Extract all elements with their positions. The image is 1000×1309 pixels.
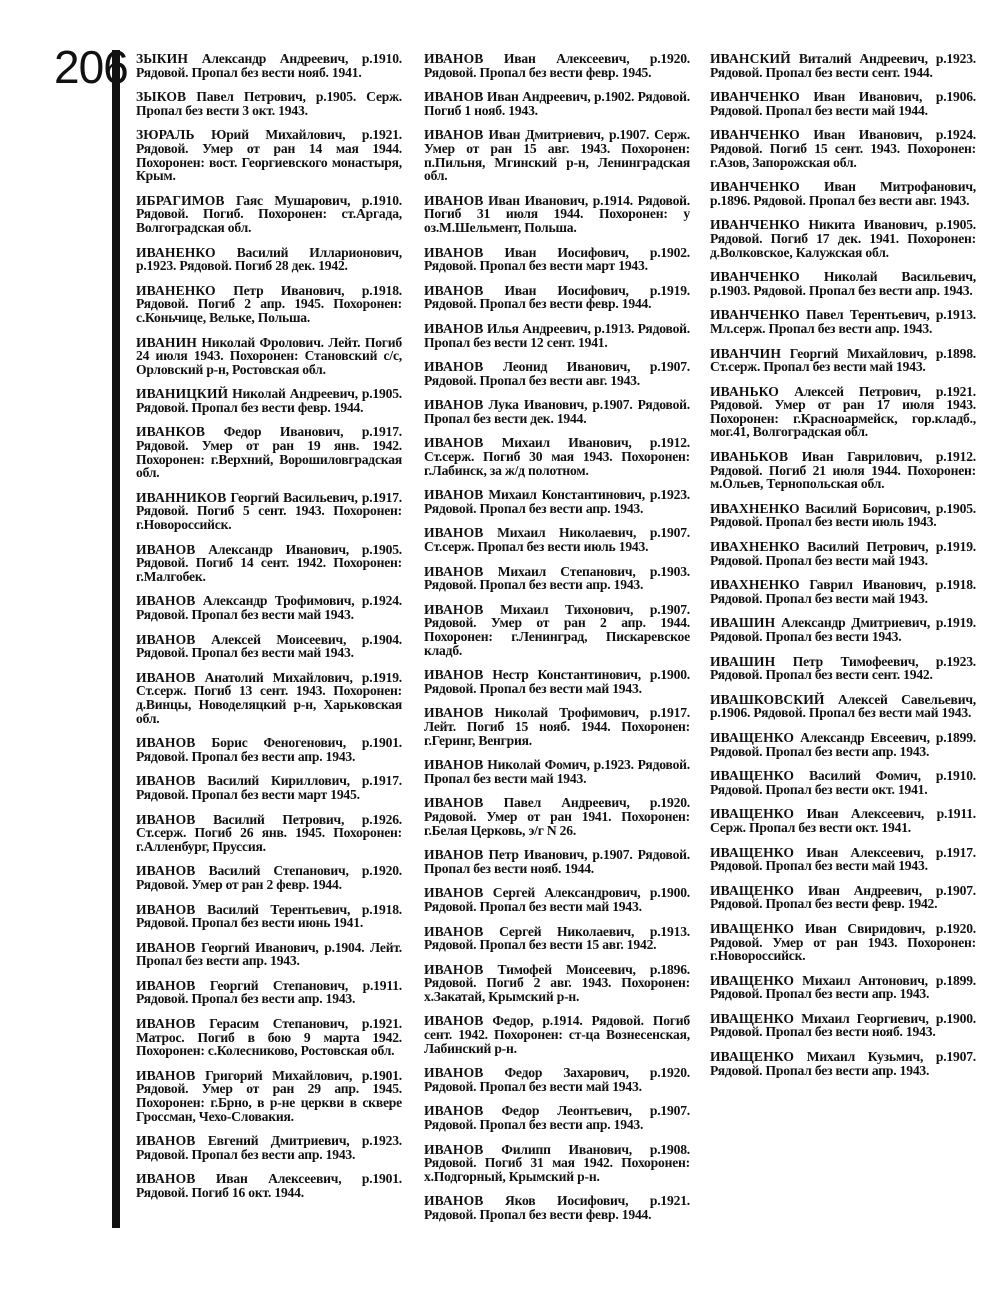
memorial-entry: ИВАНОВ Филипп Иванович, р.1908. Рядовой.… bbox=[424, 1143, 690, 1184]
memorial-entry: ИВАНСКИЙ Виталий Андреевич, р.1923. Рядо… bbox=[710, 52, 976, 79]
memorial-entry: ИВАНЧЕНКО Павел Терентьевич, р.1913. Мл.… bbox=[710, 308, 976, 335]
memorial-entry: ИВАНОВ Георгий Иванович, р.1904. Лейт. П… bbox=[136, 941, 402, 968]
memorial-entry: ЗЫКИН Александр Андреевич, р.1910. Рядов… bbox=[136, 52, 402, 79]
memorial-entry: ИВАНОВ Иван Иосифович, р.1919. Рядовой. … bbox=[424, 284, 690, 311]
memorial-entry: ИВАНОВ Илья Андреевич, р.1913. Рядовой. … bbox=[424, 322, 690, 349]
memorial-entry: ИВАНОВ Анатолий Михайлович, р.1919. Ст.с… bbox=[136, 671, 402, 725]
margin-bar bbox=[112, 50, 120, 1228]
memorial-entry: ИВАНКОВ Федор Иванович, р.1917. Рядовой.… bbox=[136, 425, 402, 479]
memorial-entry: ИВАЩЕНКО Михаил Антонович, р.1899. Рядов… bbox=[710, 974, 976, 1001]
column-3: ИВАНСКИЙ Виталий Андреевич, р.1923. Рядо… bbox=[710, 52, 976, 1233]
memorial-entry: ИВАНЧИН Георгий Михайлович, р.1898. Ст.с… bbox=[710, 347, 976, 374]
memorial-entry: ИВАНИЦКИЙ Николай Андреевич, р.1905. Ряд… bbox=[136, 387, 402, 414]
memorial-entry: ИВАНОВ Яков Иосифович, р.1921. Рядовой. … bbox=[424, 1194, 690, 1221]
memorial-entry: ИВАЩЕНКО Иван Алексеевич, р.1917. Рядово… bbox=[710, 846, 976, 873]
memorial-entry: ИВАНЬКОВ Иван Гаврилович, р.1912. Рядово… bbox=[710, 450, 976, 491]
memorial-entry: ИВАНОВ Александр Иванович, р.1905. Рядов… bbox=[136, 543, 402, 584]
memorial-entry: ИВАХНЕНКО Василий Борисович, р.1905. Ряд… bbox=[710, 502, 976, 529]
memorial-entry: ИВАНОВ Михаил Тихонович, р.1907. Рядовой… bbox=[424, 603, 690, 657]
memorial-entry: ИВАНОВ Сергей Александрович, р.1900. Ряд… bbox=[424, 886, 690, 913]
memorial-entry: ИВАНОВ Михаил Степанович, р.1903. Рядово… bbox=[424, 565, 690, 592]
memorial-entry: ИВАЩЕНКО Александр Евсеевич, р.1899. Ряд… bbox=[710, 731, 976, 758]
memorial-entry: ИВАНОВ Георгий Степанович, р.1911. Рядов… bbox=[136, 979, 402, 1006]
memorial-entry: ИВАНЕНКО Василий Илларионович, р.1923. Р… bbox=[136, 246, 402, 273]
memorial-entry: ИВАНЬКО Алексей Петрович, р.1921. Рядово… bbox=[710, 385, 976, 439]
memorial-entry: ИВАНОВ Иван Алексеевич, р.1901. Рядовой.… bbox=[136, 1172, 402, 1199]
memorial-entry: ИВАШИН Александр Дмитриевич, р.1919. Ряд… bbox=[710, 616, 976, 643]
memorial-entry: ИВАНЕНКО Петр Иванович, р.1918. Рядовой.… bbox=[136, 284, 402, 325]
memorial-entry: ИВАЩЕНКО Иван Андреевич, р.1907. Рядовой… bbox=[710, 884, 976, 911]
memorial-entry: ИВАНОВ Иван Иосифович, р.1902. Рядовой. … bbox=[424, 246, 690, 273]
memorial-entry: ИВАЩЕНКО Михаил Георгиевич, р.1900. Рядо… bbox=[710, 1012, 976, 1039]
memorial-entry: ИВАНОВ Иван Андреевич, р.1902. Рядовой. … bbox=[424, 90, 690, 117]
memorial-entry: ИВАНОВ Федор Леонтьевич, р.1907. Рядовой… bbox=[424, 1104, 690, 1131]
memorial-entry: ИВАХНЕНКО Гаврил Иванович, р.1918. Рядов… bbox=[710, 578, 976, 605]
memorial-entry: ИВАЩЕНКО Василий Фомич, р.1910. Рядовой.… bbox=[710, 769, 976, 796]
memorial-entry: ИВАНОВ Николай Трофимович, р.1917. Лейт.… bbox=[424, 706, 690, 747]
memorial-entry: ИВАШИН Петр Тимофеевич, р.1923. Рядовой.… bbox=[710, 655, 976, 682]
memorial-entry: ИВАНОВ Василий Кириллович, р.1917. Рядов… bbox=[136, 774, 402, 801]
memorial-entry: ИВАШКОВСКИЙ Алексей Савельевич, р.1906. … bbox=[710, 693, 976, 720]
memorial-entry: ИВАНОВ Федор, р.1914. Рядовой. Погиб сен… bbox=[424, 1014, 690, 1055]
memorial-entry: ИВАНЧЕНКО Николай Васильевич, р.1903. Ря… bbox=[710, 270, 976, 297]
memorial-entry: ИВАНОВ Иван Алексеевич, р.1920. Рядовой.… bbox=[424, 52, 690, 79]
memorial-entry: ИВАХНЕНКО Василий Петрович, р.1919. Рядо… bbox=[710, 540, 976, 567]
memorial-entry: ИВАНОВ Леонид Иванович, р.1907. Рядовой.… bbox=[424, 360, 690, 387]
memorial-entry: ИВАНОВ Михаил Николаевич, р.1907. Ст.сер… bbox=[424, 526, 690, 553]
memorial-entry: ИВАНЧЕНКО Иван Иванович, р.1906. Рядовой… bbox=[710, 90, 976, 117]
memorial-entry: ИВАНОВ Николай Фомич, р.1923. Рядовой. П… bbox=[424, 758, 690, 785]
memorial-entry: ИВАНОВ Петр Иванович, р.1907. Рядовой. П… bbox=[424, 848, 690, 875]
memorial-entry: ИВАНЧЕНКО Никита Иванович, р.1905. Рядов… bbox=[710, 218, 976, 259]
column-1: ЗЫКИН Александр Андреевич, р.1910. Рядов… bbox=[136, 52, 402, 1233]
memorial-entry: ИВАНОВ Иван Иванович, р.1914. Рядовой. П… bbox=[424, 194, 690, 235]
memorial-entry: ИВАНОВ Сергей Николаевич, р.1913. Рядово… bbox=[424, 925, 690, 952]
memorial-entry: ИВАНОВ Тимофей Моисеевич, р.1896. Рядово… bbox=[424, 963, 690, 1004]
memorial-entry: ИВАННИКОВ Георгий Васильевич, р.1917. Ря… bbox=[136, 491, 402, 532]
memorial-entry: ИВАНОВ Борис Феногенович, р.1901. Рядово… bbox=[136, 736, 402, 763]
memorial-entry: ЗЮРАЛЬ Юрий Михайлович, р.1921. Рядовой.… bbox=[136, 128, 402, 182]
memorial-entry: ИВАЩЕНКО Иван Свиридович, р.1920. Рядово… bbox=[710, 922, 976, 963]
memorial-entry: ИВАНОВ Иван Дмитриевич, р.1907. Серж. Ум… bbox=[424, 128, 690, 182]
column-2: ИВАНОВ Иван Алексеевич, р.1920. Рядовой.… bbox=[424, 52, 690, 1233]
memorial-entry: ИВАНЧЕНКО Иван Митрофанович, р.1896. Ряд… bbox=[710, 180, 976, 207]
memorial-entry: ИВАНОВ Нестр Константинович, р.1900. Ряд… bbox=[424, 668, 690, 695]
memorial-entry: ИВАНОВ Михаил Иванович, р.1912. Ст.серж.… bbox=[424, 436, 690, 477]
memorial-entry: ИВАЩЕНКО Михаил Кузьмич, р.1907. Рядовой… bbox=[710, 1050, 976, 1077]
entries-columns: ЗЫКИН Александр Андреевич, р.1910. Рядов… bbox=[136, 52, 998, 1233]
memorial-entry: ИВАНОВ Михаил Константинович, р.1923. Ря… bbox=[424, 488, 690, 515]
memorial-entry: ИВАНОВ Григорий Михайлович, р.1901. Рядо… bbox=[136, 1069, 402, 1123]
memorial-entry: ИВАНИН Николай Фролович. Лейт. Погиб 24 … bbox=[136, 336, 402, 377]
memorial-entry: ИВАНОВ Евгений Дмитриевич, р.1923. Рядов… bbox=[136, 1134, 402, 1161]
memorial-entry: ИВАНЧЕНКО Иван Иванович, р.1924. Рядовой… bbox=[710, 128, 976, 169]
memorial-entry: ИВАНОВ Федор Захарович, р.1920. Рядовой.… bbox=[424, 1066, 690, 1093]
memorial-entry: ИВАНОВ Василий Петрович, р.1926. Ст.серж… bbox=[136, 813, 402, 854]
memorial-entry: ИВАНОВ Алексей Моисеевич, р.1904. Рядово… bbox=[136, 633, 402, 660]
memorial-entry: ИВАНОВ Александр Трофимович, р.1924. Ряд… bbox=[136, 594, 402, 621]
memorial-entry: ИБРАГИМОВ Гаяс Мушарович, р.1910. Рядово… bbox=[136, 194, 402, 235]
memorial-entry: ИВАНОВ Василий Степанович, р.1920. Рядов… bbox=[136, 864, 402, 891]
memorial-entry: ЗЫКОВ Павел Петрович, р.1905. Серж. Проп… bbox=[136, 90, 402, 117]
memorial-entry: ИВАНОВ Герасим Степанович, р.1921. Матро… bbox=[136, 1017, 402, 1058]
memorial-entry: ИВАНОВ Павел Андреевич, р.1920. Рядовой.… bbox=[424, 796, 690, 837]
memorial-entry: ИВАНОВ Лука Иванович, р.1907. Рядовой. П… bbox=[424, 398, 690, 425]
memorial-entry: ИВАЩЕНКО Иван Алексеевич, р.1911. Серж. … bbox=[710, 807, 976, 834]
memorial-entry: ИВАНОВ Василий Терентьевич, р.1918. Рядо… bbox=[136, 903, 402, 930]
